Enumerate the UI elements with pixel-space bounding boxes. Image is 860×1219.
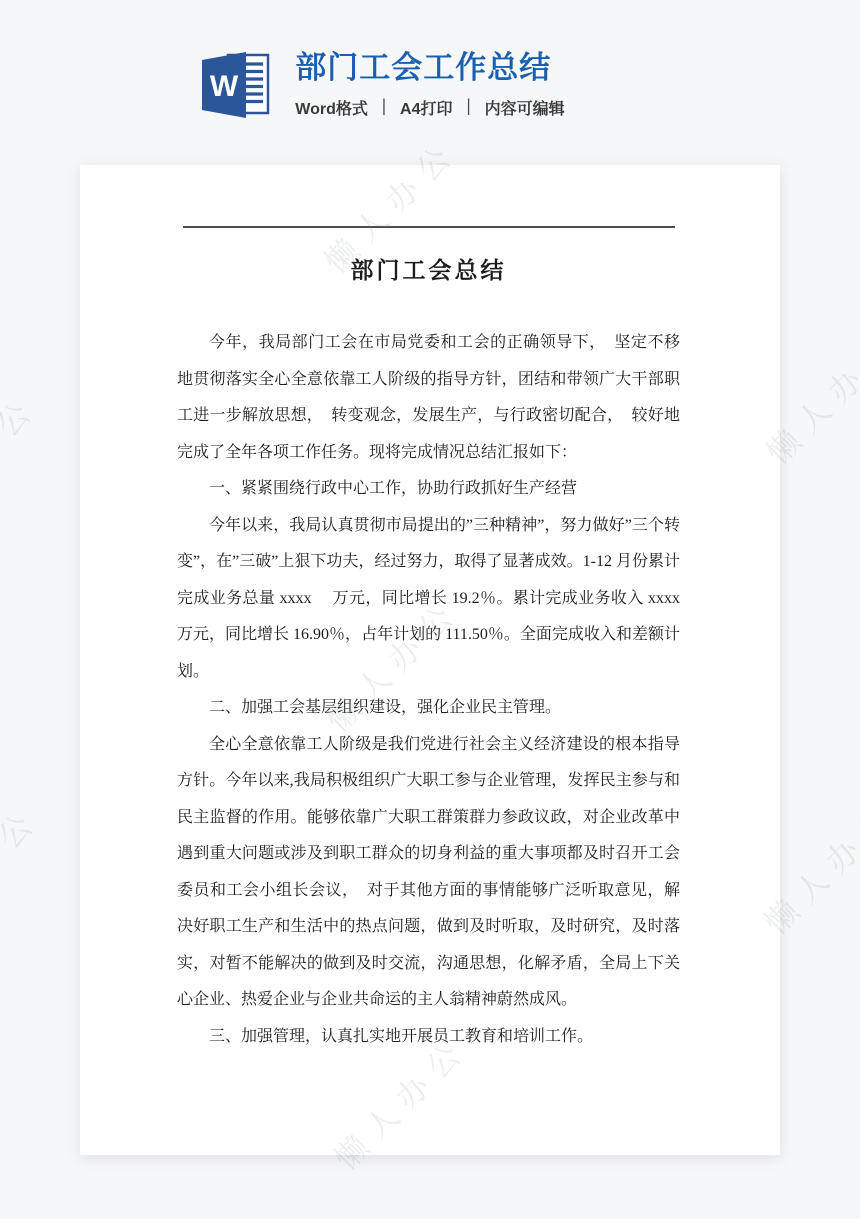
doc-section-heading: 三、加强管理，认真扎实地开展员工教育和培训工作。 [177, 1019, 680, 1056]
page-title: 部门工会工作总结 [295, 50, 564, 86]
doc-section-heading: 二、加强工会基层组织建设，强化企业民主管理。 [177, 690, 680, 727]
header: W 部门工会工作总结 Word格式|A4打印|内容可编辑 [0, 0, 860, 120]
doc-paragraph: 全心全意依靠工人阶级是我们党进行社会主义经济建设的根本指导方针。今年以来,我局积… [177, 727, 680, 1019]
doc-paragraph: 今年以来，我局认真贯彻市局提出的”三种精神”，努力做好”三个转变”，在”三破”上… [177, 508, 680, 691]
document-title: 部门工会总结 [177, 252, 680, 285]
doc-features: Word格式|A4打印|内容可编辑 [295, 96, 564, 119]
document-body: 今年，我局部门工会在市局党委和工会的正确领导下， 坚定不移地贯彻落实全心全意依靠… [177, 325, 680, 1055]
feature-separator: | [382, 97, 386, 117]
preview-page: W 部门工会工作总结 Word格式|A4打印|内容可编辑 部门工会总结 今年，我… [0, 0, 860, 1155]
feature-separator: | [467, 97, 471, 117]
header-inner: W 部门工会工作总结 Word格式|A4打印|内容可编辑 [0, 50, 810, 120]
document-sheet: 部门工会总结 今年，我局部门工会在市局党委和工会的正确领导下， 坚定不移地贯彻落… [80, 165, 780, 1155]
header-rule [183, 226, 675, 228]
doc-paragraph: 今年，我局部门工会在市局党委和工会的正确领导下， 坚定不移地贯彻落实全心全意依靠… [177, 325, 680, 471]
svg-text:W: W [210, 70, 239, 103]
header-text: 部门工会工作总结 Word格式|A4打印|内容可编辑 [295, 50, 564, 119]
feature-label: Word格式 [295, 96, 368, 119]
doc-section-heading: 一、紧紧围绕行政中心工作，协助行政抓好生产经营 [177, 471, 680, 508]
ms-word-icon: W [195, 50, 273, 120]
feature-label: 内容可编辑 [485, 96, 565, 119]
feature-label: A4打印 [400, 96, 452, 119]
